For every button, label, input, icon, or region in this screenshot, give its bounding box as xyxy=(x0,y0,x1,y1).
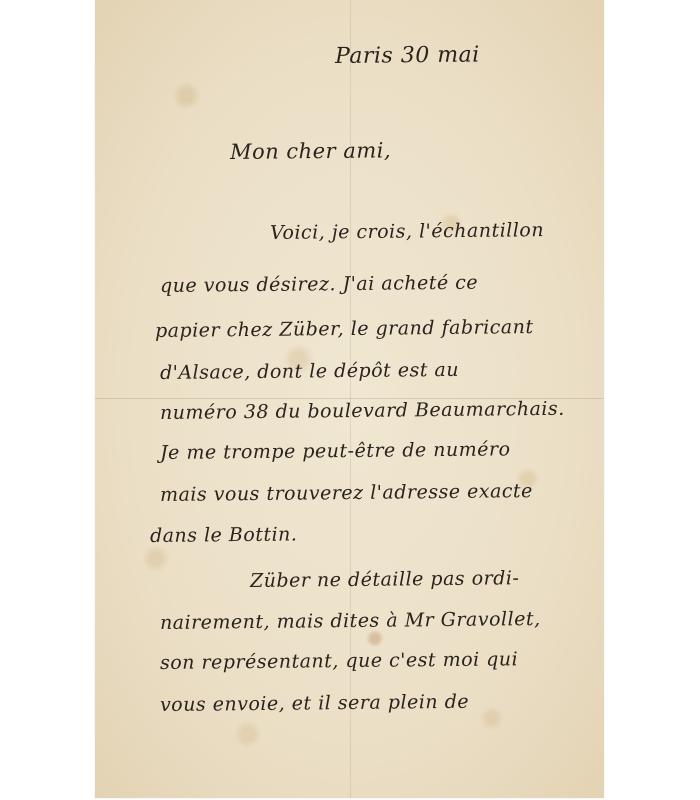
letter-line-5: numéro 38 du boulevard Beaumarchais. xyxy=(160,398,565,424)
letter-line-12: vous envoie, et il sera plein de xyxy=(160,691,469,716)
salutation: Mon cher ami, xyxy=(230,138,391,164)
letter-line-2: que vous désirez. J'ai acheté ce xyxy=(160,272,478,297)
letter-line-3: papier chez Züber, le grand fabricant xyxy=(155,316,534,342)
letter-line-4: d'Alsace, dont le dépôt est au xyxy=(160,359,459,384)
letter-paper: Paris 30 mai Mon cher ami, Voici, je cro… xyxy=(95,0,604,798)
letter-line-8: dans le Bottin. xyxy=(150,523,298,547)
letter-line-6: Je me trompe peut-être de numéro xyxy=(160,438,511,464)
dateline: Paris 30 mai xyxy=(335,42,480,69)
letter-line-7: mais vous trouverez l'adresse exacte xyxy=(160,480,533,506)
letter-line-1: Voici, je crois, l'échantillon xyxy=(270,219,544,244)
letter-line-11: son représentant, que c'est moi qui xyxy=(160,648,518,674)
letter-line-9: Züber ne détaille pas ordi- xyxy=(250,567,520,592)
letter-line-10: nairement, mais dites à Mr Gravollet, xyxy=(160,608,541,634)
